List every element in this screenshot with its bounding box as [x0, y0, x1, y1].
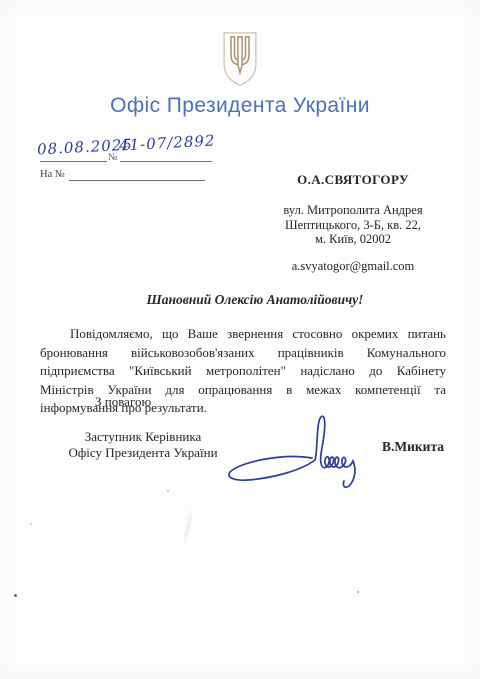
- reply-blank-line: [69, 180, 205, 181]
- scan-streak: [181, 505, 194, 550]
- salutation: Шановний Олексію Анатолійовичу!: [70, 292, 440, 308]
- recipient-address: вул. Митрополита Андрея Шептицького, 3-Б…: [258, 203, 448, 247]
- address-line: вул. Митрополита Андрея: [258, 203, 448, 218]
- recipient-email: a.svyatogor@gmail.com: [258, 259, 448, 274]
- recipient-name: О.А.СВЯТОГОРУ: [258, 172, 448, 188]
- number-sign: №: [108, 152, 118, 163]
- date-blank-line: [40, 161, 107, 162]
- signer-position: Заступник Керівника Офісу Президента Укр…: [52, 429, 234, 460]
- signer-name: В.Микита: [382, 439, 444, 455]
- scan-speckle: [167, 490, 169, 492]
- handwritten-outgoing-number: 41-07/2892: [119, 131, 216, 154]
- position-line: Офісу Президента України: [52, 445, 234, 461]
- recipient-block: О.А.СВЯТОГОРУ вул. Митрополита Андрея Ше…: [258, 172, 448, 274]
- org-title: Офіс Президента України: [0, 94, 480, 118]
- closing-respect: З повагою: [95, 394, 151, 410]
- letter-page: Офіс Президента України 08.08.2025 № 41-…: [0, 0, 480, 679]
- position-line: Заступник Керівника: [52, 429, 234, 445]
- tryzub-emblem-icon: [217, 30, 263, 88]
- scan-speckle: [14, 594, 17, 597]
- handwritten-signature: [222, 406, 360, 494]
- number-blank-line: [120, 161, 212, 162]
- scan-speckle: [357, 591, 359, 593]
- address-line: м. Київ, 02002: [258, 232, 448, 247]
- address-line: Шептицького, 3-Б, кв. 22,: [258, 218, 448, 233]
- reply-to-label: На №: [40, 169, 65, 180]
- scan-speckle: [30, 523, 32, 525]
